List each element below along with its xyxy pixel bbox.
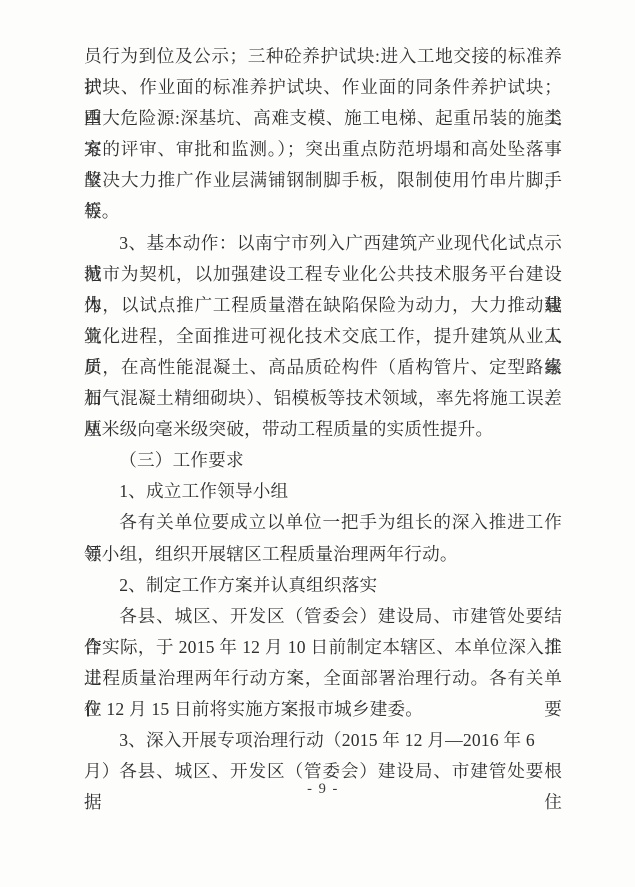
text-line: 3、基本动作：以南宁市列入广西建筑产业现代化试点示范 bbox=[84, 228, 562, 259]
text-line: 工程质量治理两年行动方案，全面部署治理行动。各有关单位要 bbox=[84, 663, 562, 694]
text-line: 加气混凝土精细砌块）、铝模板等技术领域，率先将施工误差从 bbox=[84, 383, 562, 414]
document-body: 员行为到位及公示；三种砼养护试块:进入工地交接的标准养护 试块、作业面的标准养护… bbox=[84, 41, 562, 787]
text-line: 业化进程，全面推进可视化技术交底工作，提升建筑从业人员素 bbox=[84, 321, 562, 352]
text-line: 重大危险源:深基坑、高难支模、施工电梯、起重吊装的施工方 bbox=[84, 103, 562, 134]
text-line: 试块、作业面的标准养护试块、作业面的同条件养护试块；四类 bbox=[84, 72, 562, 103]
text-line: 各县、城区、开发区（管委会）建设局、市建管处要结合工 bbox=[84, 601, 562, 632]
text-line: 各有关单位要成立以单位一把手为组长的深入推进工作领 bbox=[84, 507, 562, 538]
text-line: 作实际，于 2015 年 12 月 10 日前制定本辖区、本单位深入推进 bbox=[84, 632, 562, 663]
page-number: - 9 - bbox=[84, 781, 562, 798]
text-line: 导小组，组织开展辖区工程质量治理两年行动。 bbox=[84, 539, 562, 570]
subsection-heading: 2、制定工作方案并认真组织落实 bbox=[84, 570, 562, 601]
text-line: 坚决大力推广作业层满铺钢制脚手板，限制使用竹串片脚手板 bbox=[84, 165, 562, 196]
text-line: 等。 bbox=[84, 196, 562, 227]
text-line: 案的评审、审批和监测。）；突出重点防范坍塌和高处坠落事故， bbox=[84, 134, 562, 165]
text-line: 厘米级向毫米级突破，带动工程质量的实质性提升。 bbox=[84, 414, 562, 445]
subsection-heading: 3、深入开展专项治理行动（2015 年 12 月—2016 年 6 月） bbox=[84, 725, 562, 756]
text-line: 质，在高性能混凝土、高品质砼构件（盾构管片、定型路缘石、 bbox=[84, 352, 562, 383]
document-page: 员行为到位及公示；三种砼养护试块:进入工地交接的标准养护 试块、作业面的标准养护… bbox=[0, 0, 635, 887]
text-line: 城市为契机，以加强建设工程专业化公共技术服务平台建设为载 bbox=[84, 259, 562, 290]
subsection-heading: 1、成立工作领导小组 bbox=[84, 476, 562, 507]
section-heading: （三）工作要求 bbox=[84, 445, 562, 476]
text-line: 体，以试点推广工程质量潜在缺陷保险为动力，大力推动建筑工 bbox=[84, 290, 562, 321]
text-line: 员行为到位及公示；三种砼养护试块:进入工地交接的标准养护 bbox=[84, 41, 562, 72]
